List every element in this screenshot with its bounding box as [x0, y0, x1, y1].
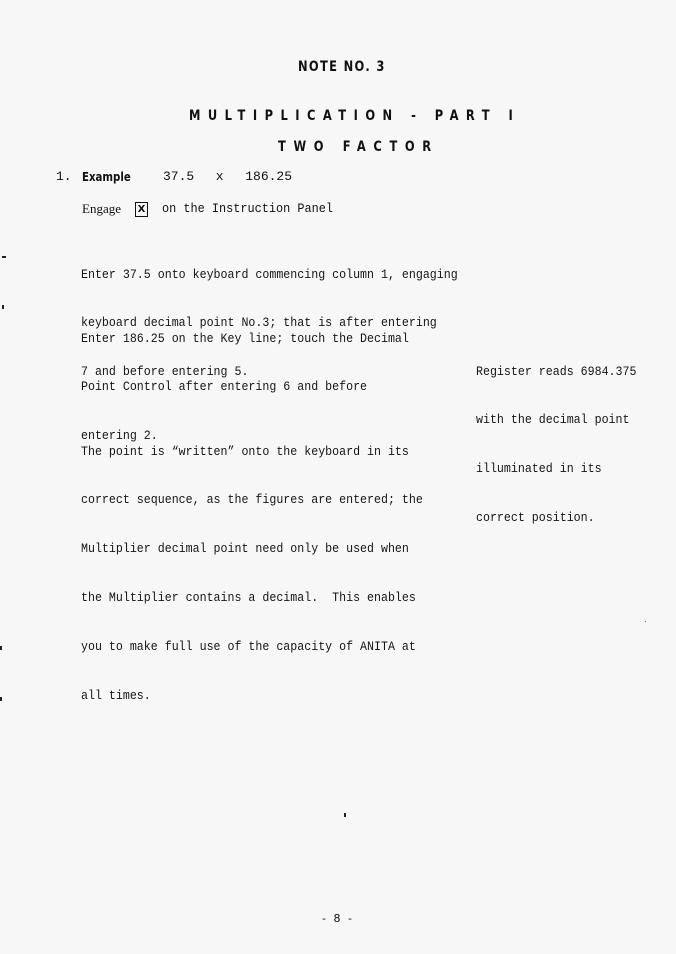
- text-line: Register reads 6984.375: [476, 364, 636, 380]
- page-number: - 8 -: [322, 912, 354, 925]
- scan-speck: [645, 621, 646, 622]
- text-line: The point is “written” onto the keyboard…: [81, 444, 423, 460]
- register-note: Register reads 6984.375 with the decimal…: [476, 331, 636, 543]
- scan-speck: [344, 813, 346, 817]
- engage-rest-text: on the Instruction Panel: [162, 202, 333, 216]
- multiply-key-icon: X: [135, 202, 148, 217]
- text-line: illuminated in its: [476, 461, 636, 477]
- text-line: you to make full use of the capacity of …: [81, 639, 423, 655]
- text-line: with the decimal point: [476, 412, 636, 428]
- scan-speck: [2, 256, 6, 258]
- text-line: the Multiplier contains a decimal. This …: [81, 590, 423, 606]
- text-line: Point Control after entering 6 and befor…: [81, 379, 409, 395]
- text-line: correct sequence, as the figures are ent…: [81, 492, 423, 508]
- engage-label: Engage: [82, 201, 121, 217]
- text-line: Enter 186.25 on the Key line; touch the …: [81, 331, 409, 347]
- subsection-title: TWO FACTOR: [278, 139, 439, 155]
- example-expression: 37.5 x 186.25: [163, 169, 292, 184]
- section-title: MULTIPLICATION - PART I: [189, 108, 520, 124]
- explanation-paragraph: The point is “written” onto the keyboard…: [81, 411, 423, 721]
- scan-speck: [0, 646, 2, 650]
- engage-instruction: Engage X on the Instruction Panel: [82, 201, 342, 217]
- note-title: NOTE NO. 3: [298, 59, 386, 75]
- example-label: Example: [82, 170, 131, 184]
- scan-speck: [0, 697, 2, 701]
- text-line: all times.: [81, 688, 423, 704]
- text-line: Enter 37.5 onto keyboard commencing colu…: [81, 267, 458, 283]
- text-line: correct position.: [476, 510, 636, 526]
- item-number: 1.: [56, 169, 72, 184]
- text-line: Multiplier decimal point need only be us…: [81, 541, 423, 557]
- scan-speck: [2, 305, 4, 309]
